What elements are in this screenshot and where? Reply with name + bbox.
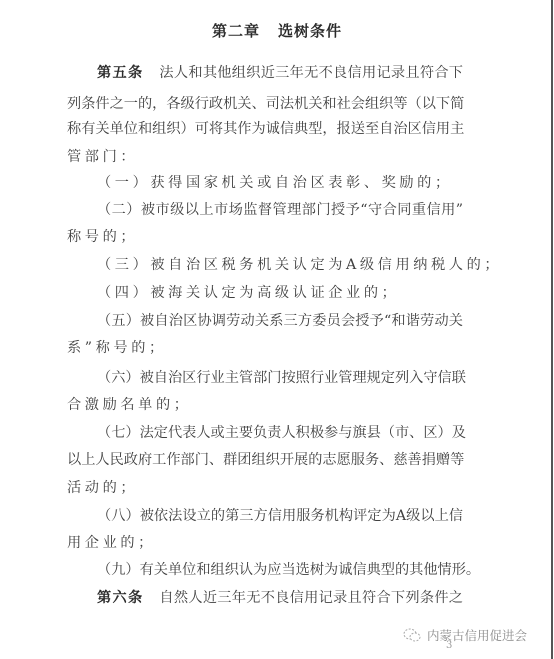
- article-6-label: 第六条: [97, 590, 143, 606]
- item-4: （四）被海关认定为高级认证企业的；: [97, 284, 493, 302]
- item-9: （九）有关单位和组织认为应当选树为诚信典型的其他情形。: [97, 561, 463, 579]
- article-5-line-4: 管部门：: [67, 148, 463, 166]
- wechat-watermark: 内蒙古信用促进会: [403, 626, 527, 644]
- item-3: （三）被自治区税务机关认定为A级信用纳税人的；: [97, 256, 493, 274]
- article-6-line-1: 第六条自然人近三年无不良信用记录且符合下列条件之: [97, 589, 463, 607]
- item-2-line-1: （二）被市级以上市场监督管理部门授予“守合同重信用”: [97, 201, 463, 219]
- article-5-line-1: 第五条法人和其他组织近三年无不良信用记录且符合下: [97, 64, 463, 82]
- item-8-line-2: 用企业的；: [67, 534, 463, 552]
- watermark-text: 内蒙古信用促进会: [427, 626, 527, 644]
- item-5-line-2: 系”称号的；: [67, 339, 463, 357]
- article-5-line-2: 列条件之一的，各级行政机关、司法机关和社会组织等（以下简: [67, 95, 463, 113]
- wechat-icon: [403, 628, 421, 643]
- item-7-line-2: 以上人民政府工作部门、群团组织开展的志愿服务、慈善捐赠等: [67, 451, 463, 469]
- article-5-line-3: 称有关单位和组织）可将其作为诚信典型，报送至自治区信用主: [67, 120, 463, 138]
- item-5-line-1: （五）被自治区协调劳动关系三方委员会授予“和谐劳动关: [97, 312, 463, 330]
- item-7-line-1: （七）法定代表人或主要负责人积极参与旗县（市、区）及: [97, 424, 463, 442]
- item-2-line-2: 称号的；: [67, 228, 463, 246]
- chapter-number: 第二章: [212, 22, 260, 40]
- item-6-line-1: （六）被自治区行业主管部门按照行业管理规定列入守信联: [97, 369, 463, 387]
- item-1: （一）获得国家机关或自治区表彰、奖励的；: [97, 174, 493, 192]
- item-6-line-2: 合激励名单的；: [67, 396, 463, 414]
- chapter-subtitle: 选树条件: [278, 22, 342, 40]
- item-8-line-1: （八）被依法设立的第三方信用服务机构评定为A级以上信: [97, 507, 463, 525]
- page-edge-border: [551, 0, 553, 659]
- page-number: 3: [446, 640, 452, 651]
- article-5-label: 第五条: [97, 65, 143, 81]
- chapter-heading: 第二章选树条件: [0, 20, 554, 41]
- item-7-line-3: 活动的；: [67, 479, 463, 497]
